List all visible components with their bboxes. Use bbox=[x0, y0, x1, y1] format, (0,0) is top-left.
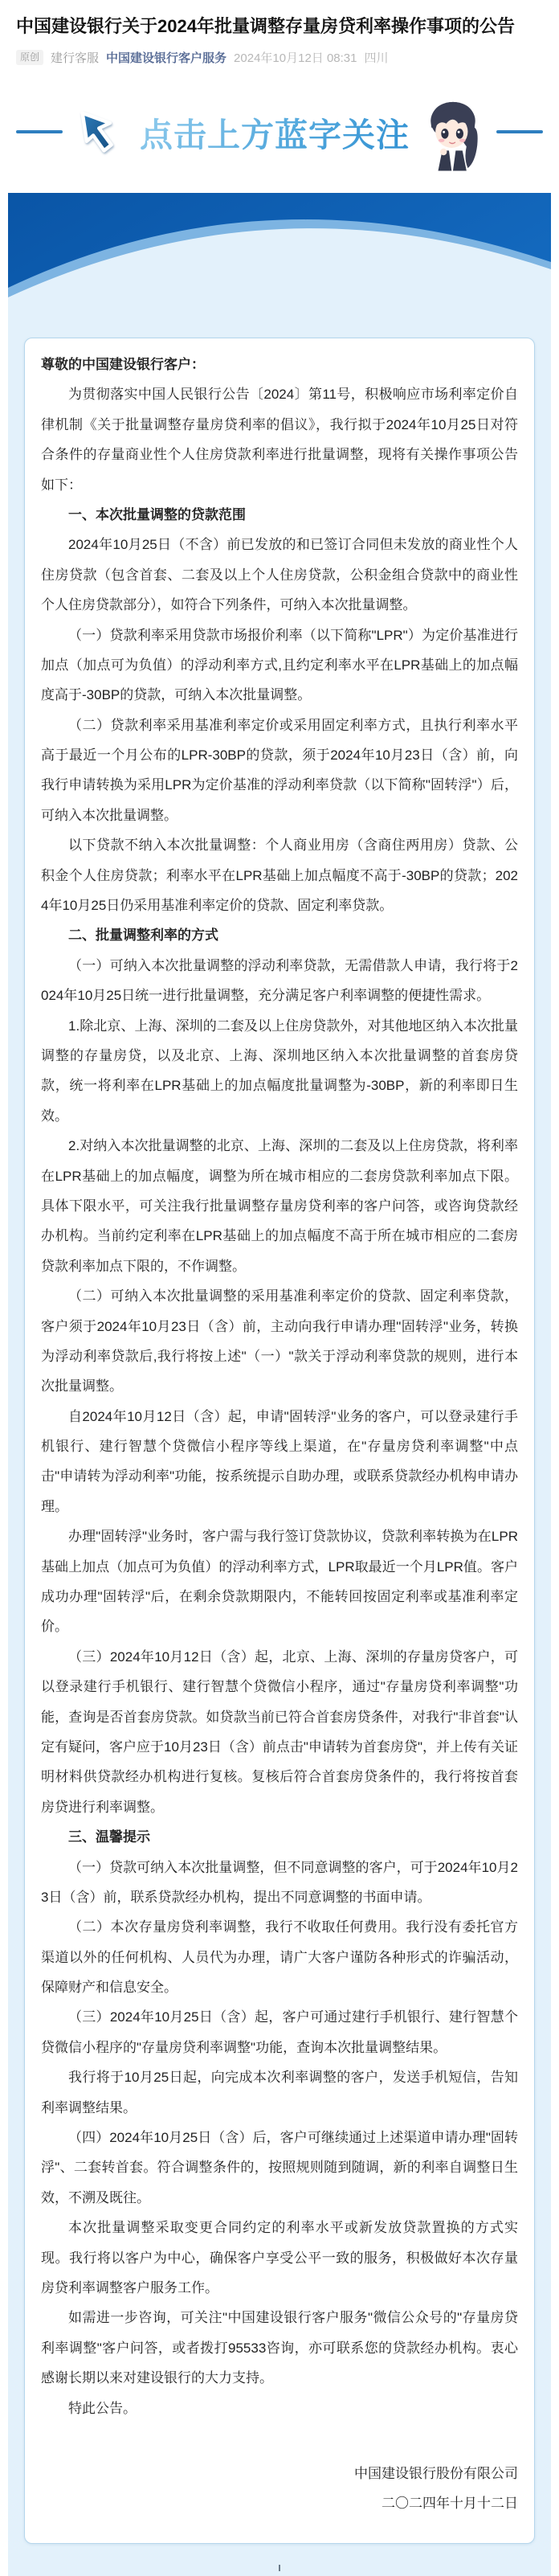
announcement-paragraph: 2.对纳入本次批量调整的北京、上海、深圳的二套及以上住房贷款，将利率在LPR基础… bbox=[41, 1131, 518, 1281]
announcement-paragraph: 尊敬的中国建设银行客户： bbox=[41, 350, 518, 379]
announcement-paragraph: （一）贷款可纳入本次批量调整，但不同意调整的客户，可于2024年10月23日（含… bbox=[41, 1853, 518, 1913]
official-account-link[interactable]: 中国建设银行客户服务 bbox=[106, 49, 226, 66]
banner-right-line bbox=[496, 130, 543, 133]
publish-location: 四川 bbox=[365, 49, 389, 66]
bottom-decor-mark bbox=[279, 2565, 280, 2571]
announcement-paragraph: 二、批量调整利率的方式 bbox=[41, 920, 518, 950]
follow-banner: 点击上方蓝字关注 bbox=[0, 71, 559, 193]
announcement-paragraph: 三、温馨提示 bbox=[41, 1822, 518, 1852]
mascot-girl-icon bbox=[419, 93, 487, 177]
original-badge[interactable]: 原创 bbox=[16, 50, 43, 65]
follow-banner-text: 点击上方蓝字关注 bbox=[140, 109, 410, 156]
publish-timestamp: 2024年10月12日 08:31 bbox=[234, 49, 357, 66]
announcement-paragraph: （一）可纳入本次批量调整的浮动利率贷款，无需借款人申请，我行将于2024年10月… bbox=[41, 951, 518, 1011]
announcement-paragraph: （二）可纳入本次批量调整的采用基准利率定价的贷款、固定利率贷款，客户须于2024… bbox=[41, 1281, 518, 1402]
article-meta: 原创 建行客服 中国建设银行客户服务 2024年10月12日 08:31 四川 bbox=[16, 49, 543, 66]
announcement-paragraph: 为贯彻落实中国人民银行公告〔2024〕第11号，积极响应市场利率定价自律机制《关… bbox=[41, 379, 518, 500]
announcement-paragraph: （三）2024年10月25日（含）起，客户可通过建行手机银行、建行智慧个贷微信小… bbox=[41, 2002, 518, 2062]
announcement-paragraph: （二）贷款利率采用基准利率定价或采用固定利率方式，且执行利率水平高于最近一个月公… bbox=[41, 711, 518, 831]
banner-left-line bbox=[16, 130, 63, 133]
announcement-paragraph: 我行将于10月25日起，向完成本次利率调整的客户，发送手机短信，告知利率调整结果… bbox=[41, 2062, 518, 2123]
announcement-paragraph: 如需进一步咨询，可关注"中国建设银行客户服务"微信公众号的"存量房贷利率调整"客… bbox=[41, 2303, 518, 2393]
announcement-paragraph: （一）贷款利率采用贷款市场报价利率（以下简称"LPR"）为定价基准进行加点（加点… bbox=[41, 620, 518, 711]
announcement-paragraph: 一、本次批量调整的贷款范围 bbox=[41, 500, 518, 530]
article-header: 中国建设银行关于2024年批量调整存量房贷利率操作事项的公告 原创 建行客服 中… bbox=[0, 0, 559, 66]
page-title: 中国建设银行关于2024年批量调整存量房贷利率操作事项的公告 bbox=[16, 13, 543, 39]
announcement-paragraph: 以下贷款不纳入本次批量调整：个人商业用房（含商住两用房）贷款、公积金个人住房贷款… bbox=[41, 830, 518, 920]
announcement-paragraph: 二〇二四年十月十二日 bbox=[41, 2488, 518, 2518]
announcement-poster: 尊敬的中国建设银行客户：为贯彻落实中国人民银行公告〔2024〕第11号，积极响应… bbox=[8, 193, 551, 2576]
announcement-paragraph: （二）本次存量房贷利率调整，我行不收取任何费用。我行没有委托官方渠道以外的任何机… bbox=[41, 1912, 518, 2002]
announcement-paragraph: 2024年10月25日（不含）前已发放的和已签订合同但未发放的商业性个人住房贷款… bbox=[41, 530, 518, 620]
announcement-paragraph: 1.除北京、上海、深圳的二套及以上住房贷款外，对其他地区纳入本次批量调整的存量房… bbox=[41, 1011, 518, 1132]
announcement-card: 尊敬的中国建设银行客户：为贯彻落实中国人民银行公告〔2024〕第11号，积极响应… bbox=[24, 338, 535, 2544]
announcement-paragraph: 中国建设银行股份有限公司 bbox=[41, 2459, 518, 2488]
cursor-arrow-icon bbox=[72, 103, 130, 161]
announcement-paragraph: （三）2024年10月12日（含）起，北京、上海、深圳的存量房贷客户，可以登录建… bbox=[41, 1642, 518, 1822]
announcement-paragraph: 本次批量调整采取变更合同约定的利率水平或新发放贷款置换的方式实现。我行将以客户为… bbox=[41, 2213, 518, 2303]
poster-wave-header bbox=[8, 193, 551, 313]
announcement-paragraph: 办理"固转浮"业务时，客户需与我行签订贷款协议，贷款利率转换为在LPR基础上加点… bbox=[41, 1521, 518, 1642]
announcement-paragraph: （四）2024年10月25日（含）后，客户可继续通过上述渠道申请办理"固转浮"、… bbox=[41, 2123, 518, 2213]
author-name: 建行客服 bbox=[51, 49, 99, 66]
announcement-paragraph: 自2024年10月12日（含）起，申请"固转浮"业务的客户，可以登录建行手机银行… bbox=[41, 1402, 518, 1522]
announcement-paragraph: 特此公告。 bbox=[41, 2394, 518, 2423]
announcement-body: 尊敬的中国建设银行客户：为贯彻落实中国人民银行公告〔2024〕第11号，积极响应… bbox=[41, 350, 518, 2519]
